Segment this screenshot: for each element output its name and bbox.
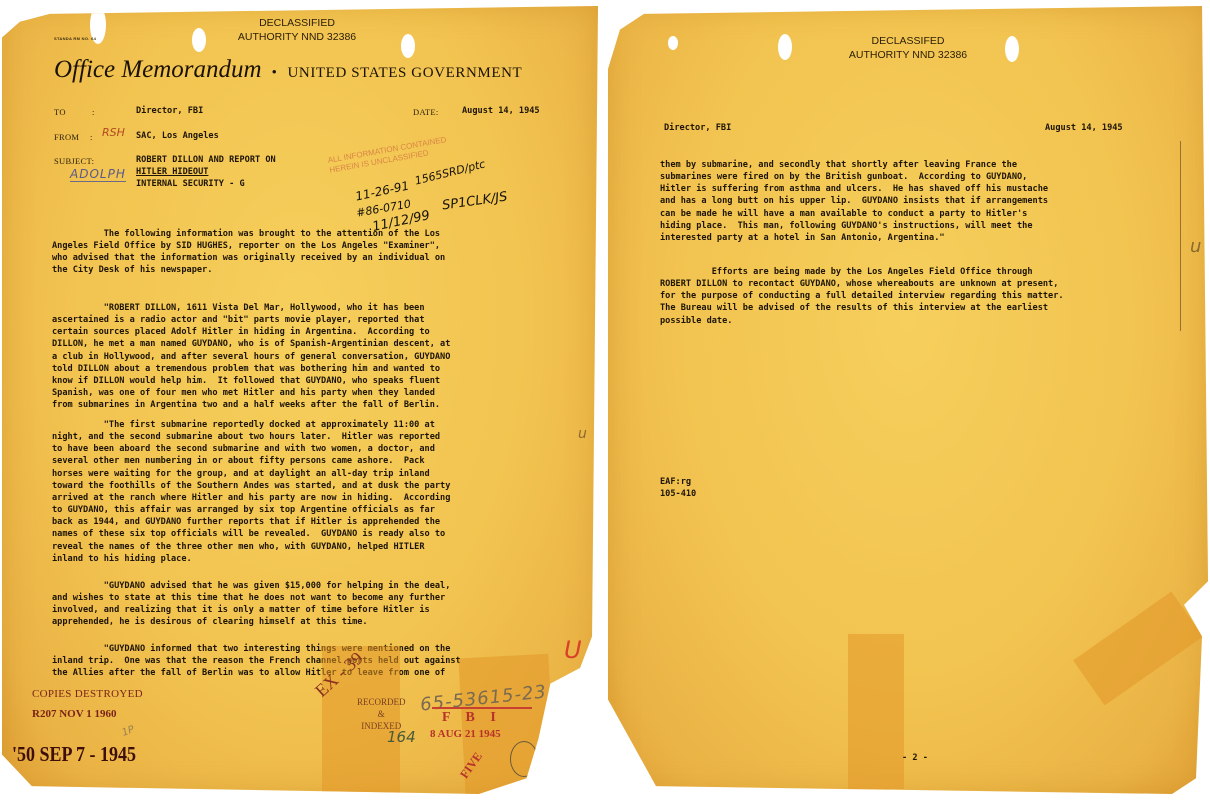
text-line: to have been aboard the second submarine… bbox=[52, 443, 450, 455]
pencil-mark: 1P bbox=[120, 724, 135, 739]
subject-line: ROBERT DILLON AND REPORT ON bbox=[136, 154, 276, 166]
text-line: Hitler is suffering from asthma and ulce… bbox=[660, 183, 1048, 195]
text-line: The following information was brought to… bbox=[52, 228, 445, 240]
and-label: & bbox=[357, 708, 406, 720]
tape-strip bbox=[848, 634, 904, 789]
text-line: know if DILLON would help him. It follow… bbox=[52, 375, 450, 387]
authority-label: AUTHORITY NND 32386 bbox=[222, 30, 372, 44]
fbi-stamp: F B I bbox=[442, 710, 502, 726]
text-line: hiding place. This man, following GUYDAN… bbox=[660, 220, 1048, 232]
margin-line bbox=[1180, 141, 1181, 331]
text-line: apprehended, he is desirous of clearing … bbox=[52, 616, 450, 628]
to-value: Director, FBI bbox=[136, 105, 203, 117]
margin-mark: u bbox=[578, 426, 587, 442]
from-handwritten-initials: RSH bbox=[102, 126, 125, 139]
received-date-stamp: '50 SEP 7 - 1945 bbox=[12, 742, 136, 766]
punch-hole bbox=[401, 34, 415, 58]
memo-page-1: STANDA RM NO. 64 DECLASSIFIED AUTHORITY … bbox=[2, 6, 598, 794]
text-line: names of these six top officials will be… bbox=[52, 528, 450, 540]
punch-hole bbox=[1005, 36, 1019, 62]
red-check-mark: U bbox=[564, 636, 582, 664]
from-colon: : bbox=[90, 132, 93, 142]
text-line: a club in Hollywood, and after several h… bbox=[52, 351, 450, 363]
to-label: TO bbox=[54, 107, 66, 117]
text-line: certain sources placed Adolf Hitler in h… bbox=[52, 326, 450, 338]
handwritten-by: 1565SRD/ptc bbox=[413, 157, 486, 187]
declassification-notice: DECLASSIFED AUTHORITY NND 32386 bbox=[833, 34, 983, 62]
body-paragraph: them by submarine, and secondly that sho… bbox=[660, 159, 1048, 244]
fbi-stamp-rule bbox=[432, 707, 532, 709]
subject-handwritten-note: ADOLPH bbox=[70, 167, 126, 182]
text-line: ascertained is a radio actor and "bit" p… bbox=[52, 314, 450, 326]
from-value: SAC, Los Angeles bbox=[136, 130, 219, 142]
subject-line: HITLER HIDEOUT bbox=[136, 166, 276, 178]
text-line: told DILLON about a tremendous problem t… bbox=[52, 363, 450, 375]
letterhead-subtitle: UNITED STATES GOVERNMENT bbox=[287, 65, 522, 82]
text-line: Spanish, was one of four men who met Hit… bbox=[52, 387, 450, 399]
text-line: who advised that the information was ori… bbox=[52, 252, 445, 264]
declassification-notice: DECLASSIFIED AUTHORITY NND 32386 bbox=[222, 16, 372, 44]
subject-label: SUBJECT: bbox=[54, 156, 94, 166]
date-value: August 14, 1945 bbox=[462, 105, 540, 117]
text-line: involved, and realizing that it is only … bbox=[52, 604, 450, 616]
text-line: them by submarine, and secondly that sho… bbox=[660, 159, 1048, 171]
punch-hole bbox=[668, 36, 678, 50]
memo-page-2: DECLASSIFED AUTHORITY NND 32386 Director… bbox=[608, 6, 1208, 794]
text-line: interested party at a hotel in San Anton… bbox=[660, 232, 1048, 244]
page-number: - 2 - bbox=[902, 752, 928, 764]
to-value: Director, FBI bbox=[664, 122, 731, 134]
authority-label: AUTHORITY NND 32386 bbox=[833, 48, 983, 62]
text-line: toward the foothills of the Southern And… bbox=[52, 480, 450, 492]
file-reference: 105-410 bbox=[660, 488, 696, 500]
margin-mark: u bbox=[1190, 236, 1201, 257]
punch-hole bbox=[778, 34, 792, 60]
declassified-label: DECLASSIFED bbox=[833, 34, 983, 48]
tape-strip bbox=[458, 654, 555, 799]
text-line: possible date. bbox=[660, 315, 1064, 327]
text-line: "The first submarine reportedly docked a… bbox=[52, 419, 450, 431]
recorded-label: RECORDED bbox=[357, 696, 406, 708]
letterhead: Office Memorandum • UNITED STATES GOVERN… bbox=[54, 56, 522, 84]
letterhead-title: Office Memorandum bbox=[54, 56, 262, 84]
tape-strip bbox=[1073, 592, 1203, 706]
letterhead-separator: • bbox=[272, 65, 278, 82]
body-paragraph: "The first submarine reportedly docked a… bbox=[52, 419, 450, 565]
subject-lines: ROBERT DILLON AND REPORT ON HITLER HIDEO… bbox=[136, 154, 276, 190]
copies-destroyed-stamp: COPIES DESTROYED bbox=[32, 688, 143, 700]
subject-line: INTERNAL SECURITY - G bbox=[136, 178, 276, 190]
text-line: and wishes to state at this time that he… bbox=[52, 592, 450, 604]
date-label: DATE: bbox=[413, 107, 439, 117]
text-line: DILLON, he met a man named GUYDANO, who … bbox=[52, 338, 450, 350]
body-paragraph: The following information was brought to… bbox=[52, 228, 445, 277]
text-line: several other men numbering in or about … bbox=[52, 455, 450, 467]
text-line: to GUYDANO, this affair was arranged by … bbox=[52, 504, 450, 516]
punch-hole bbox=[192, 28, 206, 52]
text-line: night, and the second submarine about tw… bbox=[52, 431, 450, 443]
text-line: arrived at the ranch where Hitler and hi… bbox=[52, 492, 450, 504]
reference-initials: EAF:rg bbox=[660, 476, 696, 488]
text-line: and has a long butt on his upper lip. GU… bbox=[660, 195, 1048, 207]
text-line: ROBERT DILLON to recontact GUYDANO, whos… bbox=[660, 278, 1064, 290]
text-line: can be made he will have a man available… bbox=[660, 208, 1048, 220]
circled-mark bbox=[510, 741, 538, 777]
text-line: Efforts are being made by the Los Angele… bbox=[660, 266, 1064, 278]
text-line: reveal the names of the three other men … bbox=[52, 541, 450, 553]
text-line: submarines were fired on by the British … bbox=[660, 171, 1048, 183]
text-line: "ROBERT DILLON, 1611 Vista Del Mar, Holl… bbox=[52, 302, 450, 314]
form-number: STANDA RM NO. 64 bbox=[54, 36, 96, 41]
reference-block: EAF:rg 105-410 bbox=[660, 476, 696, 500]
text-line: Angeles Field Office by SID HUGHES, repo… bbox=[52, 240, 445, 252]
body-paragraph: "GUYDANO advised that he was given $15,0… bbox=[52, 580, 450, 629]
recorded-indexed-stamp: RECORDED & INDEXED bbox=[357, 696, 406, 732]
text-line: back as 1944, and GUYDANO further report… bbox=[52, 516, 450, 528]
text-line: the City Desk of his newspaper. bbox=[52, 264, 445, 276]
date-value: August 14, 1945 bbox=[1045, 122, 1123, 134]
handwritten-initials: SP1CLK/JS bbox=[441, 190, 508, 214]
body-paragraph: Efforts are being made by the Los Angele… bbox=[660, 266, 1064, 327]
text-line: The Bureau will be advised of the result… bbox=[660, 302, 1064, 314]
text-line: "GUYDANO advised that he was given $15,0… bbox=[52, 580, 450, 592]
fbi-stamp-date: 8 AUG 21 1945 bbox=[430, 728, 501, 740]
text-line: for the purpose of conducting a full det… bbox=[660, 290, 1064, 302]
body-paragraph: "ROBERT DILLON, 1611 Vista Del Mar, Holl… bbox=[52, 302, 450, 411]
declassified-label: DECLASSIFIED bbox=[222, 16, 372, 30]
copies-destroyed-date-stamp: R207 NOV 1 1960 bbox=[32, 708, 116, 720]
indexed-handwritten-number: 164 bbox=[387, 728, 416, 746]
text-line: from submarines in Argentina two and a h… bbox=[52, 399, 450, 411]
to-colon: : bbox=[92, 107, 95, 117]
text-line: horses were waiting for the group, and a… bbox=[52, 468, 450, 480]
text-line: inland to his hiding place. bbox=[52, 553, 450, 565]
from-label: FROM bbox=[54, 132, 79, 142]
